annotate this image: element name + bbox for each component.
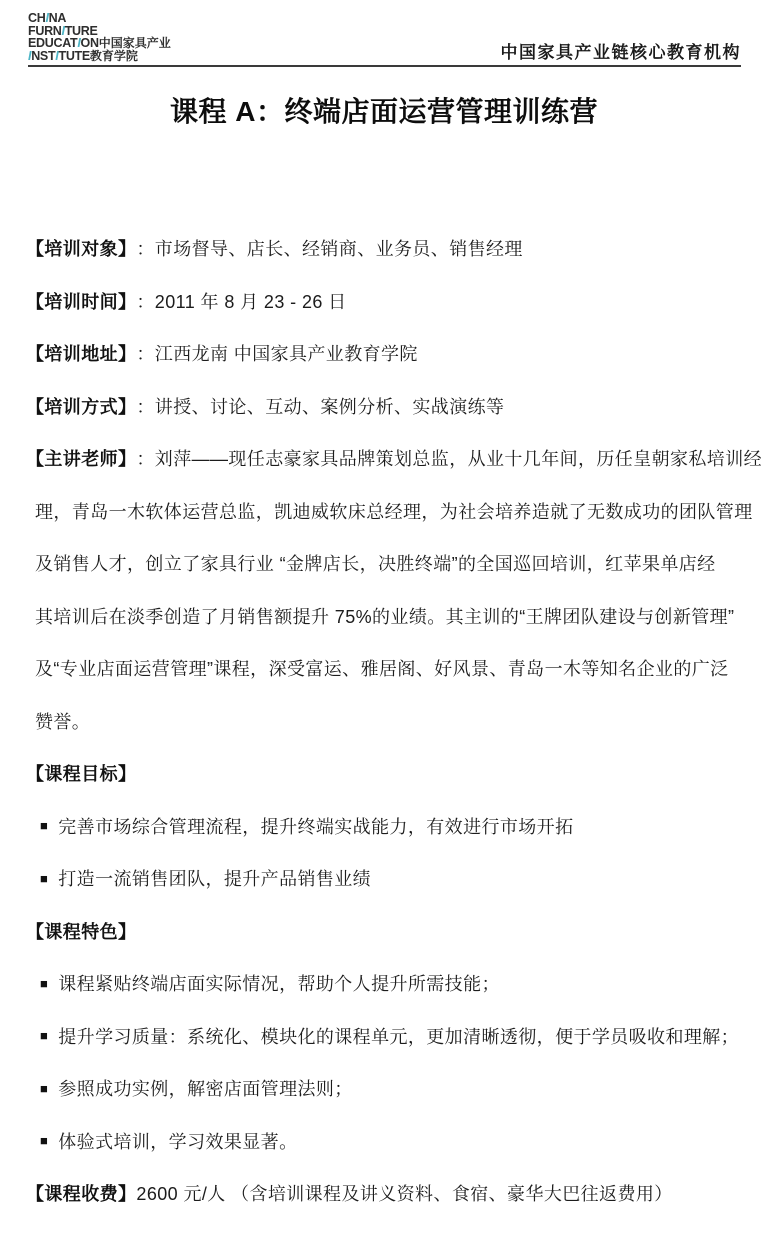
line-text: ：市场督导、店长、经销商、业务员、销售经理 [136, 235, 522, 261]
doc-line: ■ 体验式培训，学习效果显著。 [0, 1115, 768, 1168]
doc-line: 理，青岛一木软体运营总监，凯迪威软床总经理，为社会培养造就了无数成功的团队管理 [0, 485, 768, 538]
bullet-icon: ■ [40, 1134, 48, 1147]
section-label: 【培训地址】 [26, 340, 136, 366]
doc-line: 【培训对象】 ：市场督导、店长、经销商、业务员、销售经理 [0, 222, 768, 275]
doc-line: 【主讲老师】 ：刘萍——现任志豪家具品牌策划总监，从业十几年间，历任皇朝家私培训… [0, 432, 768, 485]
line-text: 其培训后在淡季创造了月销售额提升 75%的业绩。其主训的“王牌团队建设与创新管理… [35, 603, 734, 629]
section-label: 【培训对象】 [26, 235, 136, 261]
line-text: 完善市场综合管理流程，提升终端实战能力，有效进行市场开拓 [58, 813, 573, 839]
line-text: 提升学习质量：系统化、模块化的课程单元，更加清晰透彻，便于学员吸收和理解； [58, 1023, 739, 1049]
line-text: 理，青岛一木软体运营总监，凯迪威软床总经理，为社会培养造就了无数成功的团队管理 [35, 498, 753, 524]
institute-logo: CHINAFURNITUREEDUCATION中国家具产业INSTITUTE教育… [28, 12, 171, 62]
doc-line: ■ 提升学习质量：系统化、模块化的课程单元，更加清晰透彻，便于学员吸收和理解； [0, 1010, 768, 1063]
bullet-icon: ■ [40, 1029, 48, 1042]
line-text: 2600 元/人 （含培训课程及讲义资料、食宿、豪华大巴往返费用） [136, 1180, 672, 1206]
bullet-icon: ■ [40, 977, 48, 990]
logo-letters: TUTE [58, 49, 89, 63]
logo-letters: 教育学院 [90, 49, 138, 63]
bullet-icon: ■ [40, 819, 48, 832]
section-label: 【课程特色】 [26, 918, 136, 944]
header-tagline: 中国家具产业链核心教育机构 [501, 38, 742, 63]
doc-line: 及销售人才，创立了家具行业 “金牌店长，决胜终端”的全国巡回培训，红苹果单店经 [0, 537, 768, 590]
section-label: 【主讲老师】 [26, 445, 136, 471]
page-title: 课程 A：终端店面运营管理训练营 [0, 94, 768, 130]
doc-line: ■ 完善市场综合管理流程，提升终端实战能力，有效进行市场开拓 [0, 800, 768, 853]
line-text: 及“专业店面运营管理”课程，深受富运、雅居阁、好风景、青岛一木等知名企业的广泛 [35, 655, 729, 681]
line-text: 体验式培训，学习效果显著。 [58, 1128, 297, 1154]
line-text: 赞誉。 [35, 708, 90, 734]
doc-line: ■ 打造一流销售团队，提升产品销售业绩 [0, 852, 768, 905]
doc-line: 及“专业店面运营管理”课程，深受富运、雅居阁、好风景、青岛一木等知名企业的广泛 [0, 642, 768, 695]
line-text: 参照成功实例，解密店面管理法则； [58, 1075, 352, 1101]
doc-line: 【课程收费】 2600 元/人 （含培训课程及讲义资料、食宿、豪华大巴往返费用） [0, 1167, 768, 1220]
bullet-icon: ■ [40, 872, 48, 885]
doc-line: 【课程目标】 [0, 747, 768, 800]
section-label: 【培训方式】 [26, 393, 136, 419]
doc-line: ■ 参照成功实例，解密店面管理法则； [0, 1062, 768, 1115]
doc-line: 【培训方式】 ：讲授、讨论、互动、案例分析、实战演练等 [0, 380, 768, 433]
line-text: ：讲授、讨论、互动、案例分析、实战演练等 [136, 393, 504, 419]
logo-line: INSTITUTE教育学院 [28, 50, 171, 63]
doc-line: 赞誉。 [0, 695, 768, 748]
document-page: CHINAFURNITUREEDUCATION中国家具产业INSTITUTE教育… [0, 0, 768, 1246]
doc-line: 【培训时间】 ：2011 年 8 月 23 - 26 日 [0, 275, 768, 328]
doc-line: ■ 课程紧贴终端店面实际情况，帮助个人提升所需技能； [0, 957, 768, 1010]
header-divider [28, 65, 741, 67]
doc-line: 其培训后在淡季创造了月销售额提升 75%的业绩。其主训的“王牌团队建设与创新管理… [0, 590, 768, 643]
line-text: 课程紧贴终端店面实际情况，帮助个人提升所需技能； [58, 970, 500, 996]
bullet-icon: ■ [40, 1082, 48, 1095]
line-text: 及销售人才，创立了家具行业 “金牌店长，决胜终端”的全国巡回培训，红苹果单店经 [35, 550, 716, 576]
section-label: 【课程收费】 [26, 1180, 136, 1206]
doc-line: 【培训地址】 ：江西龙南 中国家具产业教育学院 [0, 327, 768, 380]
section-label: 【培训时间】 [26, 288, 136, 314]
line-text: ：刘萍——现任志豪家具品牌策划总监，从业十几年间，历任皇朝家私培训经 [136, 445, 762, 471]
line-text: ：2011 年 8 月 23 - 26 日 [136, 288, 346, 314]
section-label: 【课程目标】 [26, 760, 136, 786]
document-body: 【培训对象】 ：市场督导、店长、经销商、业务员、销售经理 【培训时间】 ：201… [0, 222, 768, 1220]
doc-line: 【课程特色】 [0, 905, 768, 958]
line-text: 打造一流销售团队，提升产品销售业绩 [58, 865, 371, 891]
logo-letters: NST [31, 49, 55, 63]
line-text: ：江西龙南 中国家具产业教育学院 [136, 340, 417, 366]
